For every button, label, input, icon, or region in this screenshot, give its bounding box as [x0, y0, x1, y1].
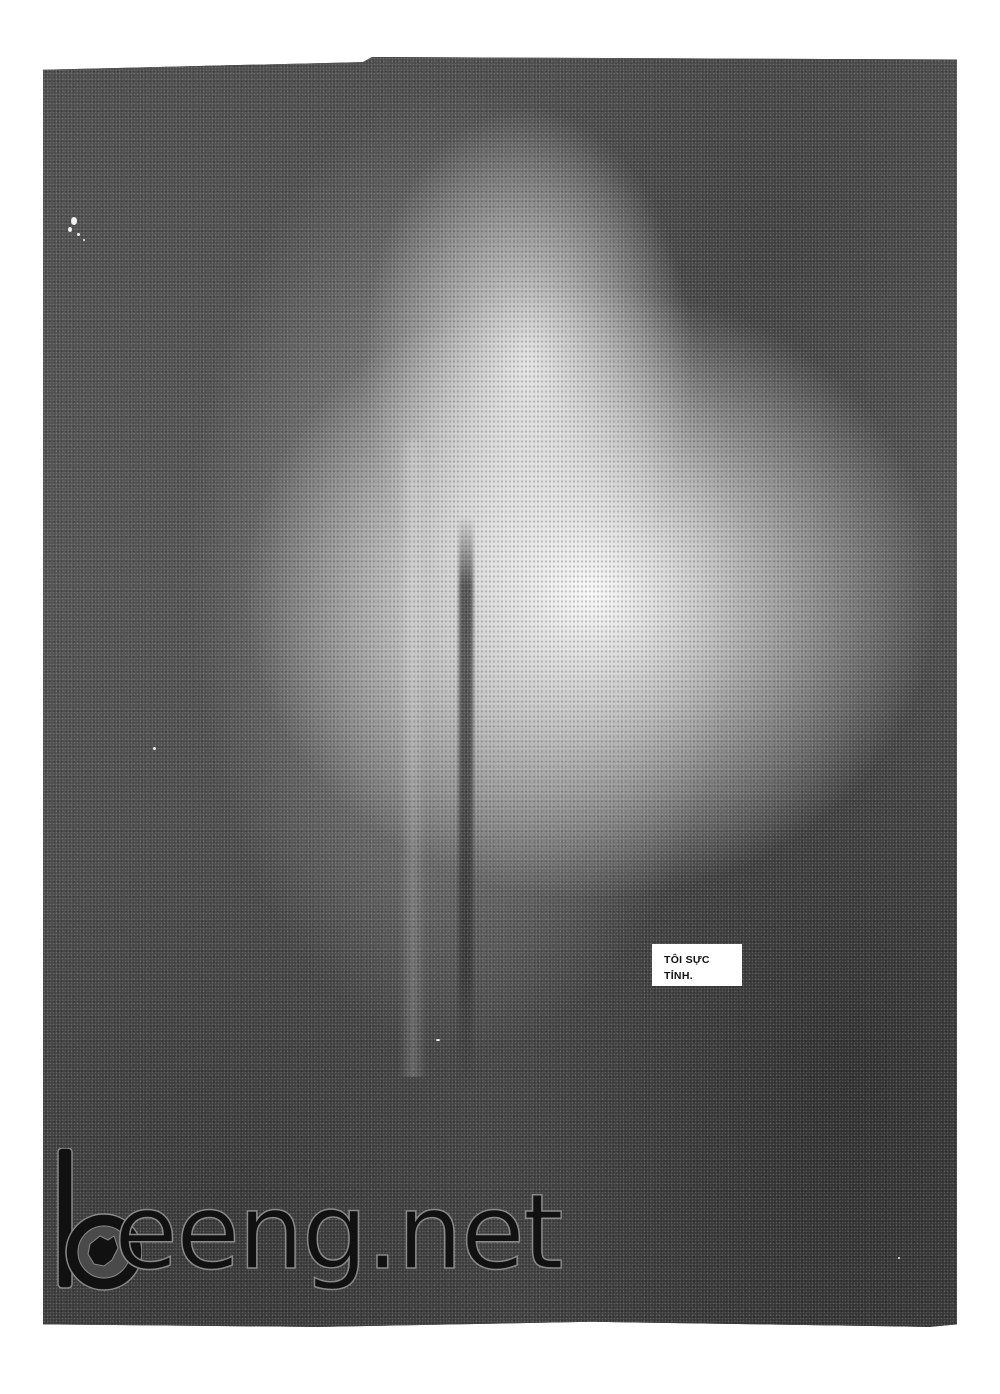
panel-shading	[43, 57, 957, 1332]
manga-panel	[43, 57, 957, 1332]
watermark-logo: eeng.net	[52, 1148, 512, 1328]
dust-speck	[436, 1039, 440, 1041]
dust-speck	[77, 233, 80, 236]
dust-speck	[898, 1257, 900, 1259]
dust-speck	[83, 239, 85, 241]
caption-line-1: TÔI SỰC	[664, 952, 742, 968]
caption-line-2: TỈNH.	[664, 968, 742, 984]
dust-speck	[71, 217, 77, 225]
paper-grain	[43, 57, 957, 1332]
dust-speck	[68, 227, 72, 232]
speech-caption: TÔI SỰC TỈNH.	[652, 944, 742, 986]
watermark-text: eeng.net	[114, 1172, 562, 1292]
dust-speck	[153, 747, 156, 750]
light-streak	[399, 440, 426, 1078]
dark-streak	[459, 516, 474, 1090]
